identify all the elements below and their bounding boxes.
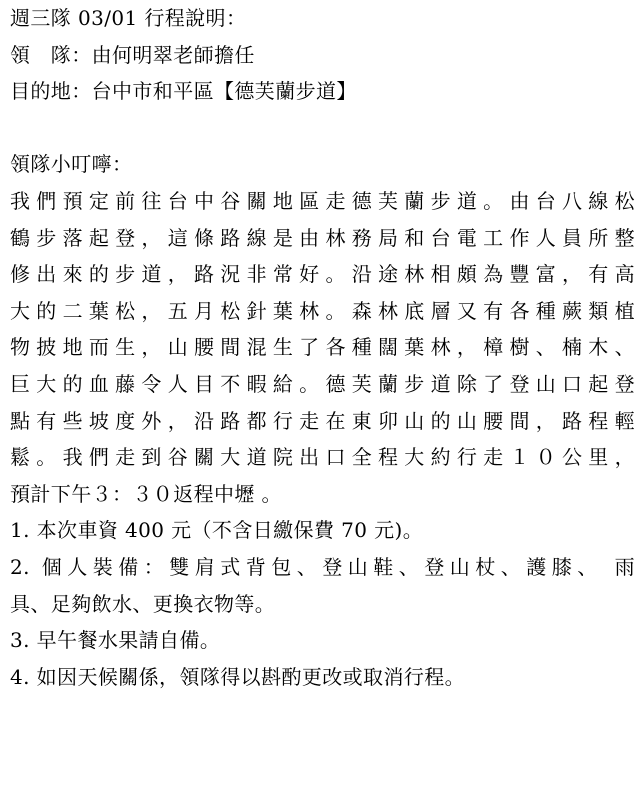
paragraph-line: 鶴步落起登，這條路線是由林務局和台電工作人員所整 bbox=[10, 220, 635, 257]
blank-spacer bbox=[10, 110, 635, 147]
paragraph-line: 鬆。我們走到谷關大道院出口全程大約行走１０公里， bbox=[10, 439, 635, 476]
list-item-fare: 1. 本次車資 400 元（不含日繳保費 70 元)。 bbox=[10, 512, 635, 549]
paragraph-line: 巨大的血藤令人目不暇給。德芙蘭步道除了登山口起登 bbox=[10, 366, 635, 403]
list-item-equipment-cont: 具、足夠飲水、更換衣物等。 bbox=[10, 586, 635, 623]
list-item-meals: 3. 早午餐水果請自備。 bbox=[10, 622, 635, 659]
list-item-equipment: 2. 個人裝備：雙肩式背包、登山鞋、登山杖、護膝、 雨 bbox=[10, 549, 635, 586]
document-title: 週三隊 03/01 行程說明： bbox=[10, 0, 635, 37]
leader-line: 領 隊：由何明翠老師擔任 bbox=[10, 37, 635, 74]
list-item-weather: 4. 如因天候關係，領隊得以斟酌更改或取消行程。 bbox=[10, 659, 635, 696]
paragraph-line: 預計下午３：３０返程中壢 。 bbox=[10, 476, 635, 513]
paragraph-line: 點有些坡度外，沿路都行走在東卯山的山腰間，路程輕 bbox=[10, 403, 635, 440]
notes-heading: 領隊小叮嚀： bbox=[10, 146, 635, 183]
paragraph-line: 我們預定前往台中谷關地區走德芙蘭步道。由台八線松 bbox=[10, 183, 635, 220]
itinerary-document: 週三隊 03/01 行程說明： 領 隊：由何明翠老師擔任 目的地：台中市和平區【… bbox=[10, 0, 635, 695]
paragraph-line: 物披地而生，山腰間混生了各種闊葉林，樟樹、楠木、 bbox=[10, 329, 635, 366]
notes-list: 1. 本次車資 400 元（不含日繳保費 70 元)。 2. 個人裝備：雙肩式背… bbox=[10, 512, 635, 695]
paragraph-line: 大的二葉松，五月松針葉林。森林底層又有各種蕨類植 bbox=[10, 293, 635, 330]
destination-line: 目的地：台中市和平區【德芙蘭步道】 bbox=[10, 73, 635, 110]
notes-paragraph: 我們預定前往台中谷關地區走德芙蘭步道。由台八線松 鶴步落起登，這條路線是由林務局… bbox=[10, 183, 635, 512]
paragraph-line: 修出來的步道，路況非常好。沿途林相頗為豐富，有高 bbox=[10, 256, 635, 293]
